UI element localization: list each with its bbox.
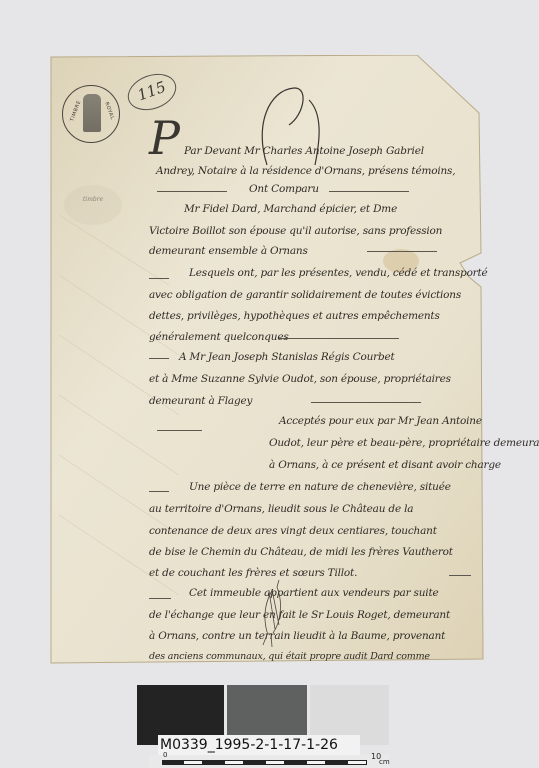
text-line: Mr Fidel Dard, Marchand épicier, et Dme	[184, 203, 397, 215]
text-line: Cet immeuble appartient aux vendeurs par…	[189, 587, 439, 599]
rule	[311, 402, 421, 403]
text-line: Oudot, leur père et beau-père, propriéta…	[269, 437, 539, 449]
scale-start: 0	[163, 751, 167, 759]
text-line: généralement quelconques	[149, 331, 289, 343]
text-line: au territoire d'Ornans, lieudit sous le …	[149, 503, 413, 515]
royal-stamp: TIMBRE ROYAL	[62, 85, 120, 143]
rule	[157, 430, 202, 431]
text-line: Lesquels ont, par les présentes, vendu, …	[189, 267, 488, 279]
text-line: de l'échange que leur en fait le Sr Loui…	[149, 609, 450, 621]
text-line: contenance de deux ares vingt deux centi…	[149, 525, 437, 537]
scale-segments	[162, 760, 367, 765]
text-line: Victoire Boillot son épouse qu'il autori…	[149, 225, 442, 237]
scale-bar: 0 10 cm	[149, 755, 389, 768]
rule	[157, 191, 227, 192]
text-line: de bise le Chemin du Château, de midi le…	[149, 546, 453, 558]
rule	[149, 278, 169, 279]
scale-unit: cm	[379, 758, 390, 766]
manuscript-page: TIMBRE ROYAL 115 timbre P Par Devant Mr …	[49, 55, 487, 665]
rule	[449, 575, 471, 576]
text-line: et de couchant les frères et sœurs Tillo…	[149, 567, 357, 579]
stamp-text-left: TIMBRE	[69, 100, 82, 123]
text-line: et à Mme Suzanne Sylvie Oudot, son épous…	[149, 373, 451, 385]
text-line: avec obligation de garantir solidairemen…	[149, 289, 461, 301]
text-line: demeurant à Flagey	[149, 395, 252, 407]
text-line: Ont Comparu	[249, 183, 319, 195]
stamp-text-right: ROYAL	[104, 101, 116, 120]
text-line: A Mr Jean Joseph Stanislas Régis Courbet	[179, 351, 395, 363]
faint-stamp: timbre	[64, 185, 122, 225]
text-line: des anciens communaux, qui était propre …	[149, 651, 430, 662]
rule	[279, 338, 399, 339]
rule	[149, 358, 169, 359]
initial-letter: P	[149, 115, 180, 161]
rule	[367, 251, 437, 252]
text-line: Andrey, Notaire à la résidence d'Ornans,…	[156, 165, 455, 177]
text-line: Une pièce de terre en nature de cheneviè…	[189, 481, 451, 493]
text-line: demeurant ensemble à Ornans	[149, 245, 308, 257]
text-line: Par Devant Mr Charles Antoine Joseph Gab…	[184, 145, 424, 157]
seated-figure-icon	[83, 94, 101, 132]
quill-sketch-icon	[259, 577, 289, 647]
rule	[149, 491, 169, 492]
accession-label: M0339_1995-2-1-17-1-26	[158, 735, 360, 755]
text-line: à Ornans, à ce présent et disant avoir c…	[269, 459, 501, 471]
text-line: à Ornans, contre un terrain lieudit à la…	[149, 630, 445, 642]
rule	[149, 598, 171, 599]
text-line: dettes, privilèges, hypothèques et autre…	[149, 310, 440, 322]
color-target-card: M0339_1995-2-1-17-1-26 0 10 cm	[137, 685, 389, 768]
text-line: Acceptés pour eux par Mr Jean Antoine	[279, 415, 482, 427]
flourish-icon	[249, 85, 329, 175]
rule	[329, 191, 409, 192]
